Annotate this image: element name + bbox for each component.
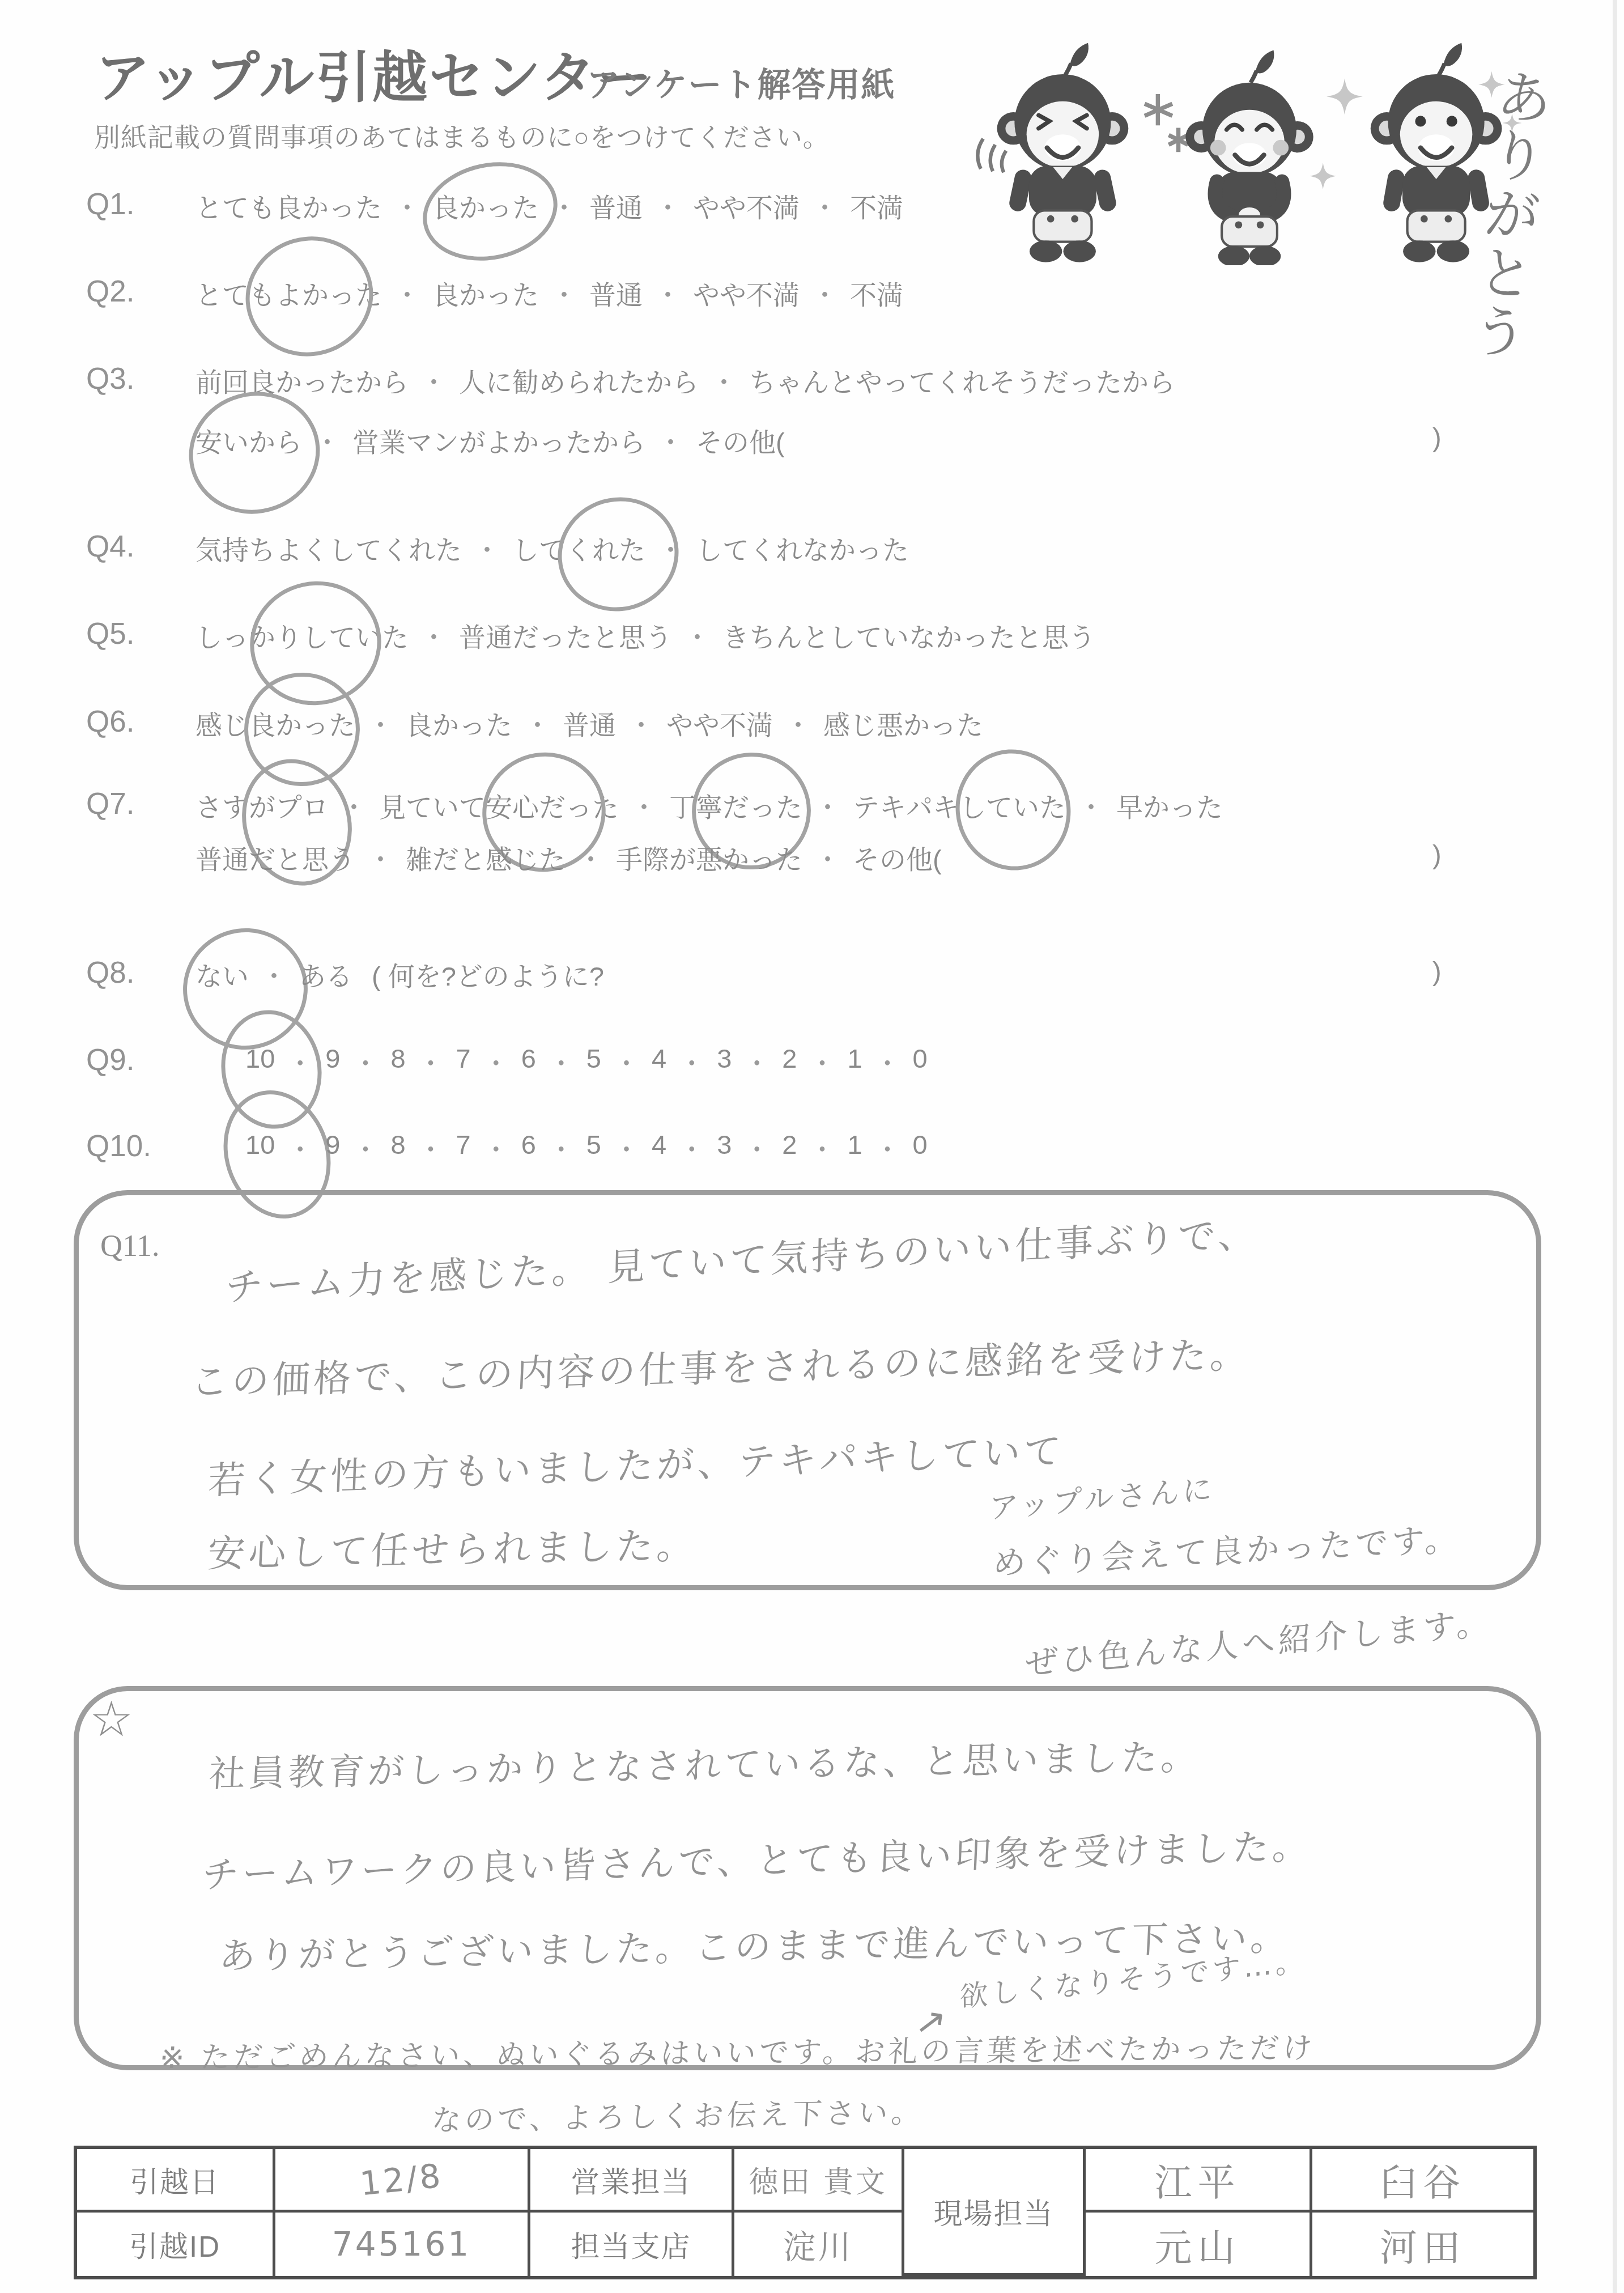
question-id: Q9.: [86, 1043, 195, 1077]
instruction-text: 別紙記載の質問事項のあてはまるものに○をつけてください。: [94, 117, 830, 154]
form-subtitle: アンケート解答用紙: [586, 58, 895, 106]
option: ある: [299, 956, 352, 993]
move-id-value: 745161: [275, 2213, 530, 2276]
option: 営業マンがよかったから: [352, 422, 645, 460]
handwritten-comment-line: 社員教育がしっかりとなされているな、と思いました。: [208, 1728, 1202, 1798]
survey-scan-page: アップル引越センター アンケート解答用紙 別紙記載の質問事項のあてはまるものに○…: [0, 0, 1624, 2293]
handwritten-comment-line: この価格で、この内容の仕事をされるのに感銘を受けた。: [190, 1324, 1252, 1405]
score: 1: [847, 1129, 862, 1160]
handwritten-comment-line: 安心して任せられました。: [207, 1515, 699, 1577]
handwritten-comment-line: 若く女性の方もいましたが、テキパキしていて: [207, 1421, 1065, 1505]
question-row-q1: Q1. とても良かった・ 良かった・ 普通・ やや不満・ 不満: [86, 187, 903, 225]
option: 普通だったと思う: [459, 617, 672, 655]
score: 1: [847, 1043, 862, 1074]
option: やや不満: [666, 704, 773, 742]
score: 9: [325, 1043, 340, 1074]
option-circled: とてもよかった: [195, 274, 382, 312]
question-id: Q4.: [86, 529, 195, 564]
motion-lines: [977, 139, 1006, 173]
question-row-q7: Q7. さすがプロ・ 見ていて安心だった・ 丁寧だった・ テキパキしていた・ 早…: [86, 787, 1223, 825]
question-row-q6: Q6. 感じ良かった・ 良かった・ 普通・ やや不満・ 感じ悪かった: [86, 704, 983, 742]
option: ちゃんとやってくれそうだったから: [749, 362, 1175, 400]
site-crew-name: 臼谷: [1312, 2149, 1533, 2213]
option: 普通: [563, 704, 616, 742]
score: 4: [652, 1129, 666, 1160]
option-circled: してくれた: [512, 529, 645, 567]
scan-edge-artifact: [1613, 0, 1617, 2293]
question-id: Q1.: [86, 187, 195, 222]
question-row-q3-cont: 安いから・ 営業マンがよかったから・ その他(: [195, 422, 785, 460]
site-crew-name: 江平: [1086, 2149, 1312, 2213]
score: 2: [782, 1129, 797, 1160]
handwritten-side-note: ぜひ色んな人へ紹介します。: [1026, 1596, 1493, 1684]
branch-value: 淀川: [734, 2213, 904, 2276]
question-id: Q8.: [86, 956, 195, 990]
score: 8: [390, 1129, 405, 1160]
score: 6: [521, 1043, 536, 1074]
score-circled: 10: [245, 1129, 275, 1160]
site-crew-name: 河田: [1312, 2213, 1533, 2276]
score: 9: [325, 1129, 340, 1160]
sales-rep-value: 徳田 貴文: [734, 2149, 904, 2213]
score: 4: [652, 1043, 666, 1074]
score: 7: [456, 1043, 471, 1074]
option: 人に勧められたから: [459, 362, 699, 400]
option: とても良かった: [195, 187, 382, 225]
option: 普通だと思う: [195, 839, 355, 877]
score: 8: [390, 1043, 405, 1074]
move-date-label: 引越日: [77, 2149, 275, 2213]
cross-sparkles: [1145, 94, 1188, 152]
option-circled: さすがプロ: [195, 787, 329, 825]
handwritten-ps-line: なので、よろしくお伝え下さい。: [431, 2088, 925, 2139]
question-id: Q6.: [86, 704, 195, 739]
option: きちんとしていなかったと思う: [722, 617, 1095, 655]
question-id: Q5.: [86, 617, 195, 651]
option-circled: しっかりしていた: [195, 617, 409, 655]
paren-close: ): [1432, 422, 1442, 453]
score-circled: 10: [245, 1043, 275, 1074]
option: 良かった: [406, 704, 512, 742]
branch-label: 担当支店: [530, 2213, 734, 2276]
option: 感じ悪かった: [823, 704, 983, 742]
question-row-q4: Q4. 気持ちよくしてくれた・ してくれた・ してくれなかった: [86, 529, 909, 567]
option-note: ( 何を?どのように?: [372, 956, 604, 993]
option-circled: 見ていて安心だった: [379, 787, 619, 825]
question-row-q5: Q5. しっかりしていた・ 普通だったと思う・ きちんとしていなかったと思う: [86, 617, 1095, 655]
question-row-q10: Q10. 10・ 9・ 8・ 7・ 6・ 5・ 4・ 3・ 2・ 1・ 0: [86, 1129, 928, 1167]
option: 普通: [589, 274, 643, 312]
option: その他(: [853, 839, 942, 877]
option-circled: テキパキしていた: [853, 787, 1066, 825]
monkey-mascots-illustration: [966, 36, 1533, 265]
option-circled: 良かった: [432, 187, 539, 225]
question-row-q2: Q2. とてもよかった・ 良かった・ 普通・ やや不満・ 不満: [86, 274, 903, 312]
paren-close: ): [1432, 839, 1442, 870]
option: 不満: [850, 274, 903, 312]
move-id-label: 引越ID: [77, 2213, 275, 2276]
question-id: Q3.: [86, 362, 195, 396]
score: 0: [913, 1043, 928, 1074]
star-mark: ☆: [90, 1691, 133, 1748]
option: 雑だと感じた: [406, 839, 566, 877]
option: 普通: [589, 187, 643, 225]
option-circled: ない: [195, 956, 249, 993]
monkey-1: [997, 43, 1129, 262]
question-id: Q7.: [86, 787, 195, 821]
option-separator: ・: [394, 187, 420, 225]
option: やや不満: [693, 274, 800, 312]
paren-close: ): [1432, 956, 1442, 987]
site-crew-name: 元山: [1086, 2213, 1312, 2276]
score: 2: [782, 1043, 797, 1074]
company-title: アップル引越センター: [95, 33, 653, 112]
score: 5: [586, 1129, 601, 1160]
option-circled: 安いから: [195, 422, 302, 460]
option-circled: 感じ良かった: [195, 704, 355, 742]
option: 不満: [850, 187, 903, 225]
question-row-q3: Q3. 前回良かったから・ 人に勧められたから・ ちゃんとやってくれそうだったか…: [86, 362, 1175, 400]
score: 3: [717, 1129, 732, 1160]
score: 7: [456, 1129, 471, 1160]
option: 手際が悪かった: [616, 839, 802, 877]
option: 前回良かったから: [195, 362, 409, 400]
question-id: Q10.: [86, 1129, 195, 1164]
site-crew-label: 現場担当: [904, 2149, 1086, 2276]
move-date-value: 12/8: [275, 2149, 530, 2213]
handwritten-comment-line: チームワークの良い皆さんで、とても良い印象を受けました。: [201, 1817, 1313, 1898]
footer-info-table: 引越日 12/8 営業担当 徳田 貴文 現場担当 江平 臼谷 引越ID 7451…: [74, 2146, 1537, 2279]
option: 気持ちよくしてくれた: [195, 529, 462, 567]
question-id: Q2.: [86, 274, 195, 309]
score: 3: [717, 1043, 732, 1074]
question-row-q8: Q8. ない・ ある ( 何を?どのように?: [86, 956, 604, 993]
option: その他(: [696, 422, 785, 460]
score: 0: [913, 1129, 928, 1160]
score: 6: [521, 1129, 536, 1160]
option: 良かった: [432, 274, 539, 312]
extra-comment-box: 社員教育がしっかりとなされているな、と思いました。 チームワークの良い皆さんで、…: [74, 1686, 1541, 2070]
handwritten-comment-line: チーム力を感じた。 見ていて気持ちのいい仕事ぶりで、: [225, 1203, 1259, 1311]
option: やや不満: [693, 187, 800, 225]
monkey-2: [1185, 50, 1313, 265]
option: してくれなかった: [696, 529, 909, 567]
question-row-q9: Q9. 10・ 9・ 8・ 7・ 6・ 5・ 4・ 3・ 2・ 1・ 0: [86, 1043, 928, 1081]
question-row-q7-cont: 普通だと思う・ 雑だと感じた・ 手際が悪かった・ その他(: [195, 839, 942, 877]
score: 5: [586, 1043, 601, 1074]
sales-rep-label: 営業担当: [530, 2149, 734, 2213]
question-id: Q11.: [100, 1228, 160, 1263]
option-circled: 丁寧だった: [669, 787, 802, 825]
option: 早かった: [1116, 787, 1223, 825]
